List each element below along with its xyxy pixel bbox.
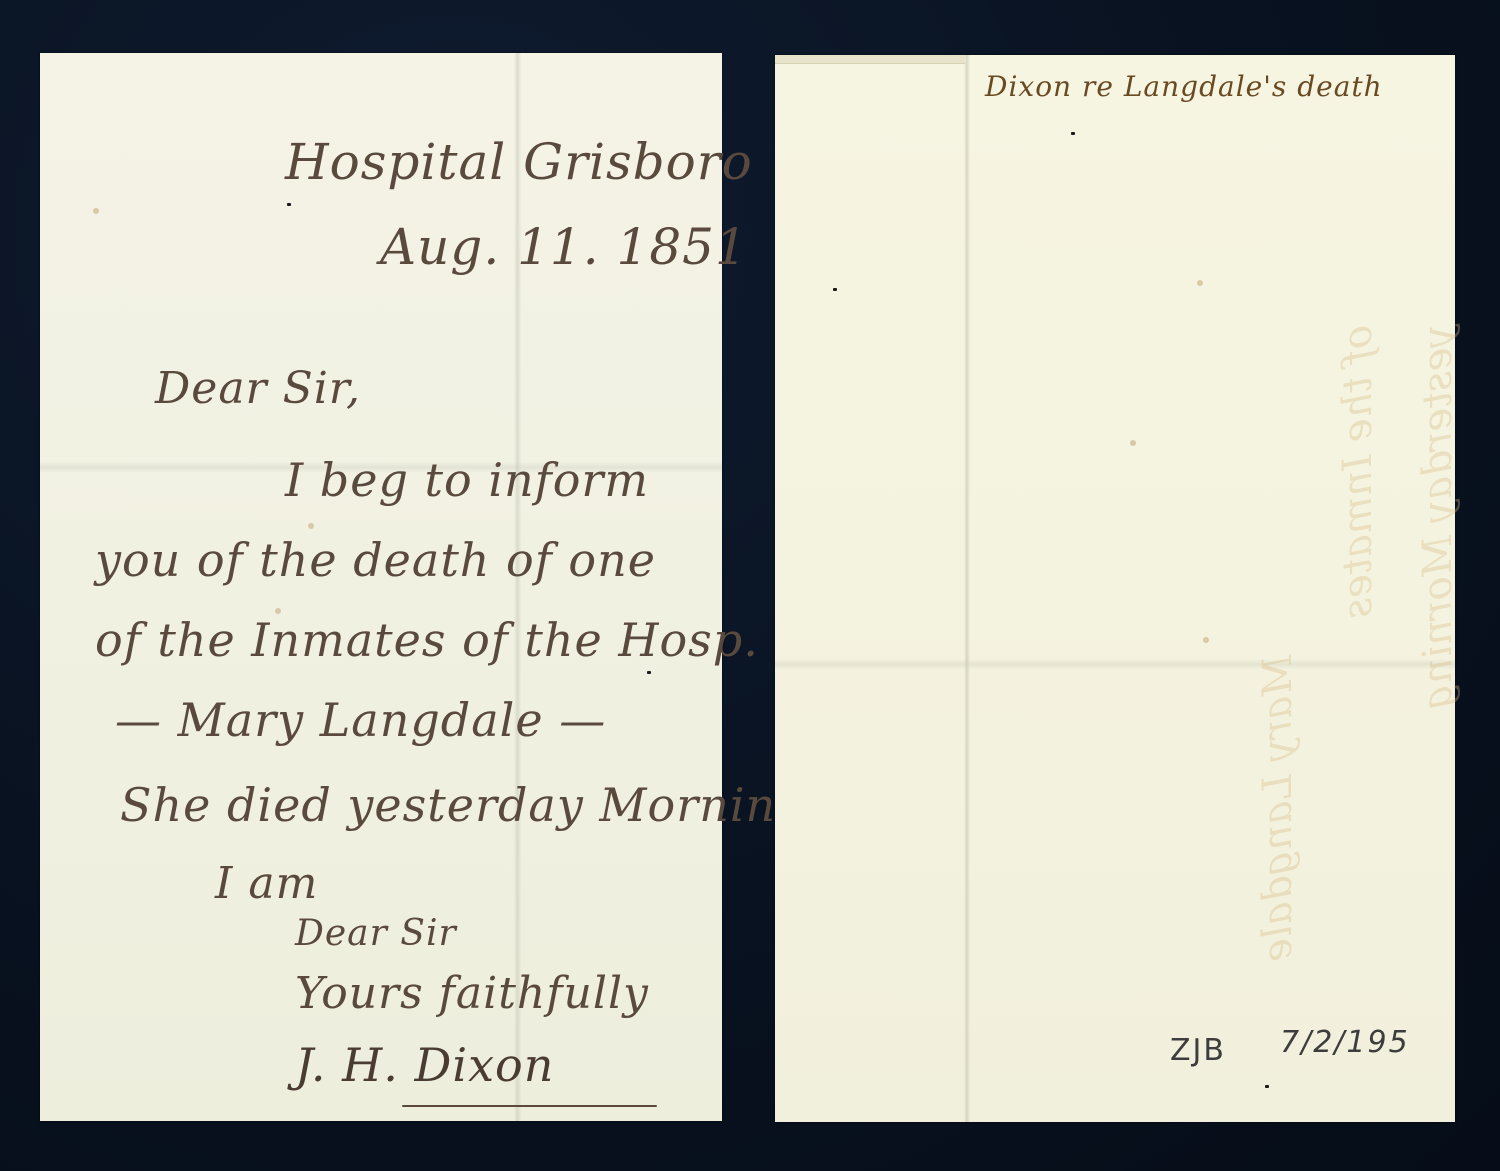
foxing-spot: [308, 523, 314, 529]
ink-speck: [1071, 132, 1075, 135]
foxing-spot: [1203, 637, 1209, 643]
letter-body-line: I beg to inform: [285, 453, 649, 507]
foxing-spot: [1130, 440, 1136, 446]
foxing-spot: [93, 208, 99, 214]
letter-body-line: She died yesterday Morning: [120, 778, 807, 832]
archive-reference: ZJB: [1170, 1033, 1226, 1068]
foxing-spot: [1197, 280, 1203, 286]
ink-bleed-through: of the Inmates: [1335, 325, 1381, 618]
reverse-page: Dixon re Langdale's death yesterday Morn…: [775, 55, 1455, 1122]
ink-speck: [1265, 1085, 1269, 1088]
ink-speck: [833, 288, 837, 291]
letter-closing-line: I am: [215, 858, 318, 909]
letter-closing-line: Yours faithfully: [295, 968, 649, 1019]
ink-speck: [287, 203, 291, 206]
letter-closing-line: Dear Sir: [295, 913, 457, 954]
letter-signature: J. H. Dixon: [295, 1038, 554, 1092]
signature-underline: [402, 1105, 657, 1107]
letter-body-line-name: — Mary Langdale —: [115, 693, 606, 747]
foxing-spot: [275, 608, 281, 614]
docket-note: Dixon re Langdale's death: [985, 70, 1383, 103]
ink-bleed-through: yesterday Morning: [1415, 325, 1461, 710]
letter-body-line: you of the death of one: [95, 533, 656, 587]
paper-fold-strip: [775, 55, 965, 64]
ink-speck: [647, 671, 651, 674]
letter-heading-date: Aug. 11. 1851: [380, 218, 748, 276]
archive-number: 7/2/195: [1280, 1025, 1410, 1060]
letter-body-line: of the Inmates of the Hosp.: [95, 613, 759, 667]
letter-page: Hospital Grisboro Aug. 11. 1851 Dear Sir…: [40, 53, 722, 1121]
letter-salutation: Dear Sir,: [155, 363, 361, 414]
letter-heading-place: Hospital Grisboro: [285, 133, 753, 191]
ink-bleed-through: Mary Langdale: [1255, 655, 1301, 962]
